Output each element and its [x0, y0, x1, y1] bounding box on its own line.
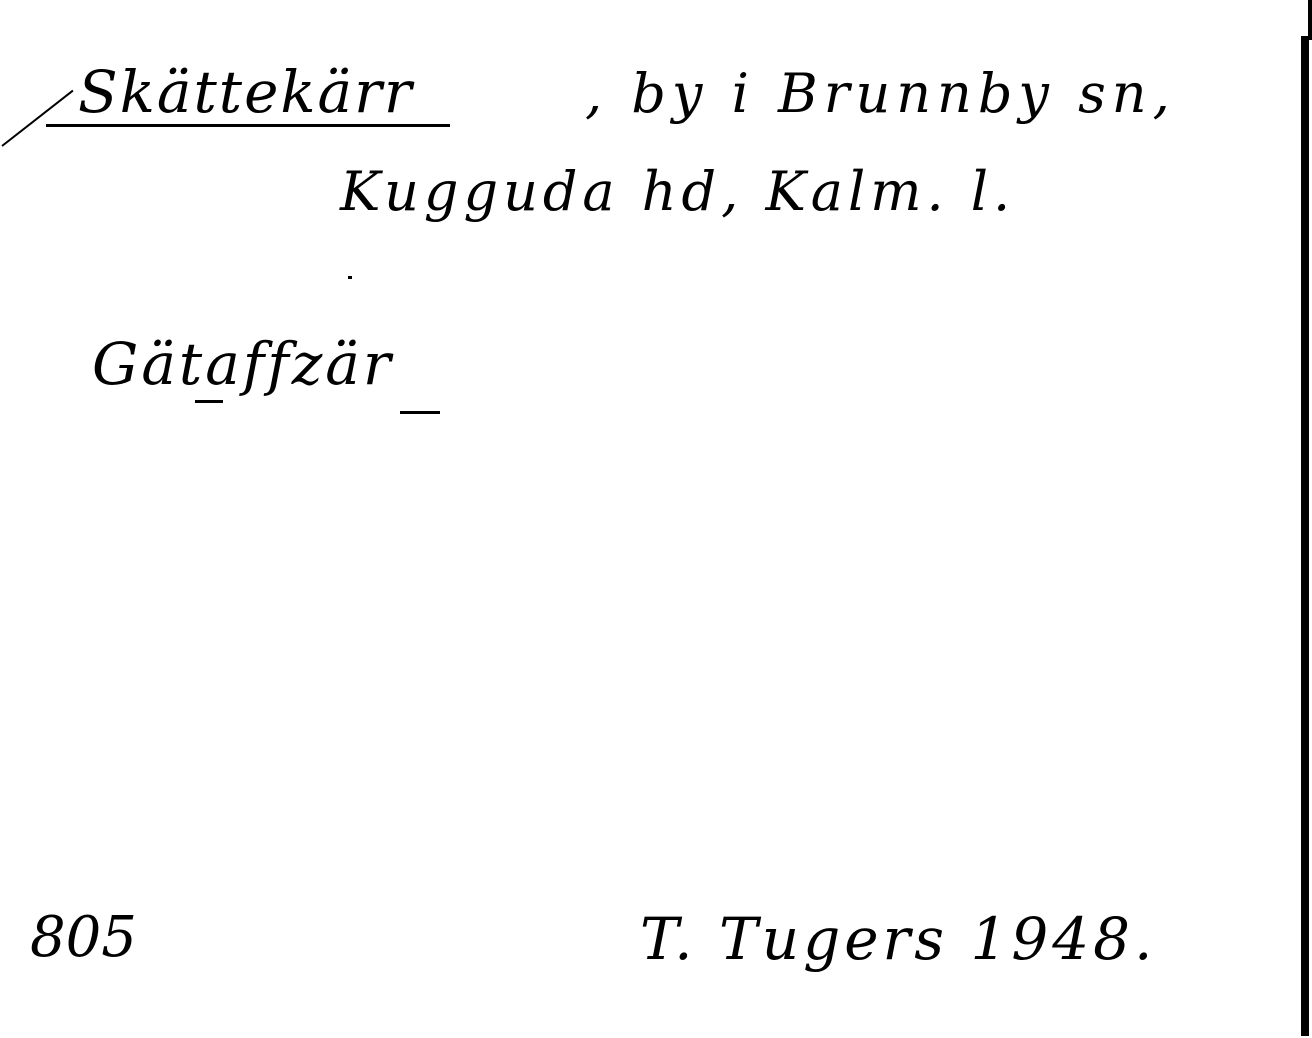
pen-lead-stroke — [1, 90, 73, 147]
card-edge-top — [1308, 0, 1312, 40]
pronunciation-mark-2 — [400, 411, 440, 414]
card-number: 805 — [30, 905, 137, 970]
signature-date: T. Tugers 1948. — [640, 905, 1157, 973]
card-right-edge — [1301, 36, 1309, 1036]
location-line-1: , by i Brunnby sn, — [585, 62, 1176, 125]
pronunciation: Gätaffzär — [92, 330, 394, 398]
headword-underline — [46, 124, 450, 127]
headword: Skättekärr — [78, 58, 414, 126]
location-line-2: Kugguda hd, Kalm. l. — [340, 160, 1015, 223]
ink-speck — [348, 276, 352, 279]
pronunciation-mark-1 — [195, 400, 223, 403]
